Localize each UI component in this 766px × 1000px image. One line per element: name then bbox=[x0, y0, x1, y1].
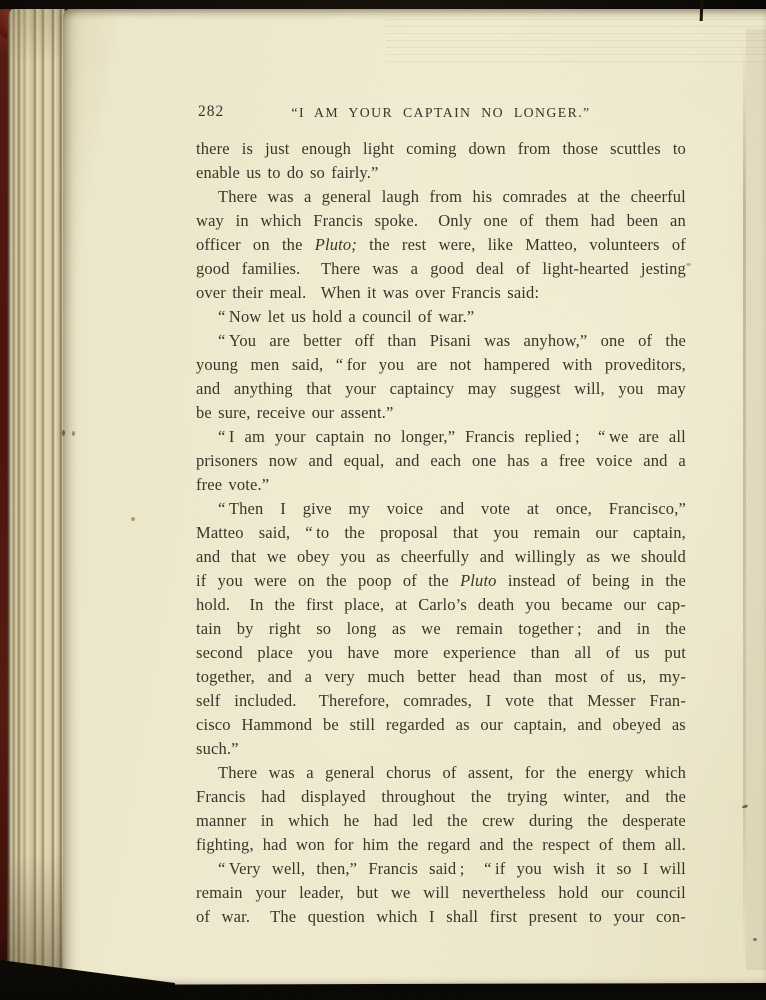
running-title: “I AM YOUR CAPTAIN NO LONGER.” bbox=[196, 101, 686, 125]
text-line: tainbyrightsolongasweremaintogether ;and… bbox=[196, 617, 686, 641]
text-line: Therewasagenerallaughfromhiscomradesatth… bbox=[196, 185, 686, 209]
text-line: free vote.” bbox=[196, 473, 686, 497]
page-edges bbox=[7, 6, 65, 990]
book-photo: 282 “I AM YOUR CAPTAIN NO LONGER.” there… bbox=[0, 0, 766, 1000]
text-line: ofwar. ThequestionwhichIshallfirstpresen… bbox=[196, 905, 686, 929]
text-line: “ Verywell,then,”Francissaid ; “ ifyouwi… bbox=[196, 857, 686, 881]
text-line: “ YouarebetteroffthanPisaniwasanyhow,”on… bbox=[196, 329, 686, 353]
text-line: “ Iamyourcaptainnolonger,”Francisreplied… bbox=[196, 425, 686, 449]
page-right-shade bbox=[746, 29, 766, 970]
text-line: officeronthePluto;therestwere,likeMatteo… bbox=[196, 233, 686, 257]
text-line: goodfamilies. Therewasagooddealoflight-h… bbox=[196, 257, 686, 281]
stain-speck bbox=[753, 938, 757, 941]
text-line: secondplaceyouhavemoreexperiencethanallo… bbox=[196, 641, 686, 665]
text-line: be sure, receive our assent.” bbox=[196, 401, 686, 425]
text-line: enable us to do so fairly.” bbox=[196, 161, 686, 185]
text-line: “ ThenIgivemyvoiceandvoteatonce,Francisc… bbox=[196, 497, 686, 521]
text-line: “ Now let us hold a council of war.” bbox=[196, 305, 686, 329]
text-line: thereisjustenoughlightcomingdownfromthos… bbox=[196, 137, 686, 161]
text-line: wayinwhichFrancisspoke. Onlyoneofthemhad… bbox=[196, 209, 686, 233]
text-line: remainyourleader,butwewillneverthelessho… bbox=[196, 881, 686, 905]
text-line: such.” bbox=[196, 737, 686, 761]
photo-top-band bbox=[0, 0, 766, 9]
text-line: hold. Inthefirstplace,atCarlo’sdeathyoub… bbox=[196, 593, 686, 617]
text-line: youngmensaid,“ foryouarenothamperedwithp… bbox=[196, 353, 686, 377]
stain-speck bbox=[686, 263, 691, 266]
page-text: thereisjustenoughlightcomingdownfromthos… bbox=[196, 137, 686, 929]
text-line: Matteosaid,“ totheproposalthatyouremaino… bbox=[196, 521, 686, 545]
text-line: andthatweobeyyouascheerfullyandwillingly… bbox=[196, 545, 686, 569]
text-line: prisonersnowandequal,andeachonehasafreev… bbox=[196, 449, 686, 473]
stain-speck bbox=[62, 430, 65, 436]
text-line: fighting,hadwonforhimtheregardandtheresp… bbox=[196, 833, 686, 857]
text-line: Therewasageneralchorusofassent,fortheene… bbox=[196, 761, 686, 785]
running-header: 282 “I AM YOUR CAPTAIN NO LONGER.” bbox=[196, 100, 686, 124]
stain-speck bbox=[72, 431, 75, 436]
text-line: ifyouwereonthepoopofthePlutoinsteadofbei… bbox=[196, 569, 686, 593]
stain-speck bbox=[131, 517, 135, 521]
text-line: Francishaddisplayedthroughoutthetryingwi… bbox=[196, 785, 686, 809]
photo-bottom-band bbox=[0, 983, 766, 1000]
text-line: over their meal. When it was over Franci… bbox=[196, 281, 686, 305]
page-top-edge-lines bbox=[386, 19, 766, 63]
text-line: together,andaverymuchbetterheadthanmosto… bbox=[196, 665, 686, 689]
text-line: andanythingthatyourcaptaincymaysuggestwi… bbox=[196, 377, 686, 401]
text-line: selfincluded. Therefore,comrades,Ivoteth… bbox=[196, 689, 686, 713]
text-line: mannerinwhichhehadledthecrewduringthedes… bbox=[196, 809, 686, 833]
text-line: ciscoHammondbestillregardedasourcaptain,… bbox=[196, 713, 686, 737]
